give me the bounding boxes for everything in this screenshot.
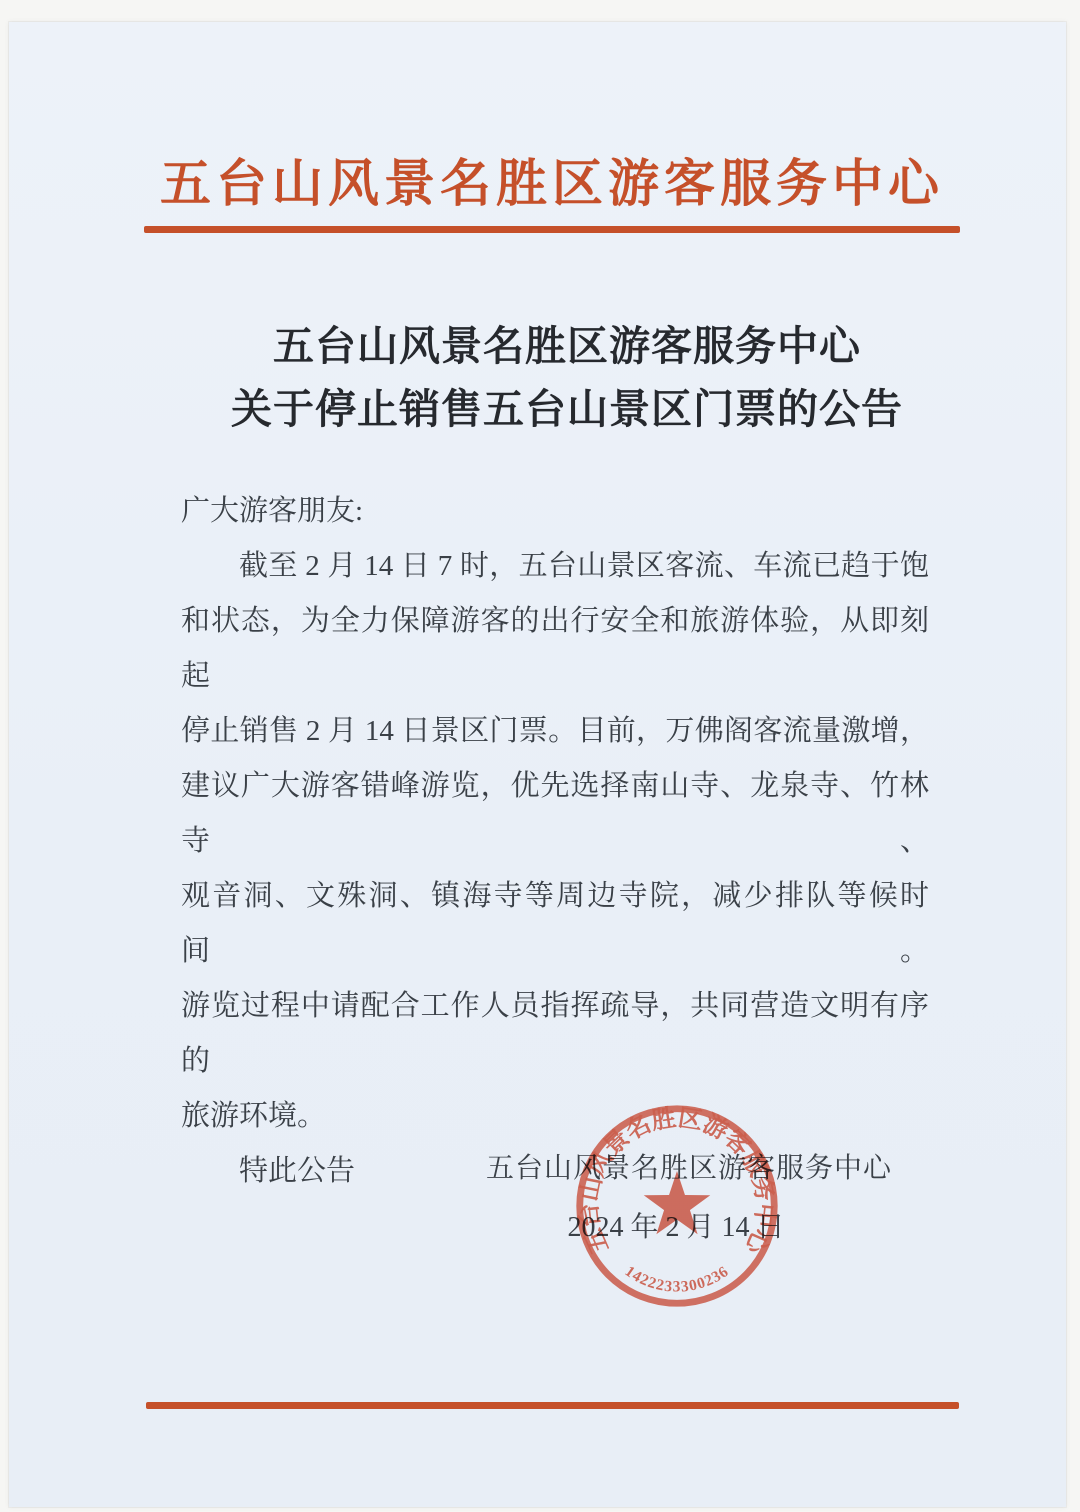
body-line: 建议广大游客错峰游览，优先选择南山寺、龙泉寺、竹林寺、 — [181, 759, 929, 869]
official-seal: 五台山风景名胜区游客服务中心 1422233300236 — [570, 1099, 784, 1313]
body-paragraph: 截至 2 月 14 日 7 时，五台山景区客流、车流已趋于饱和状态，为全力保障游… — [181, 539, 929, 1144]
footer-rule — [146, 1402, 959, 1409]
salutation: 广大游客朋友: — [181, 484, 929, 539]
document-title-line-1: 五台山风景名胜区游客服务中心 — [45, 315, 1080, 378]
letterhead-rule — [144, 226, 960, 233]
scanned-document-background: { "page": { "letterhead": "五台山风景名胜区游客服务中… — [0, 0, 1080, 1512]
document-title: 五台山风景名胜区游客服务中心 关于停止销售五台山景区门票的公告 — [45, 315, 1080, 441]
letterhead-org-title: 五台山风景名胜区游客服务中心 — [144, 156, 960, 214]
body-line: 和状态，为全力保障游客的出行安全和旅游体验，从即刻起 — [181, 594, 929, 704]
body-line: 旅游环境。 — [181, 1089, 929, 1144]
document-title-line-2: 关于停止销售五台山景区门票的公告 — [45, 378, 1080, 441]
body-line: 游览过程中请配合工作人员指挥疏导，共同营造文明有序的 — [181, 979, 929, 1089]
document-page: 五台山风景名胜区游客服务中心 五台山风景名胜区游客服务中心 关于停止销售五台山景… — [9, 22, 1066, 1507]
body-line: 停止销售 2 月 14 日景区门票。目前，万佛阁客流量激增， — [181, 704, 929, 759]
body-line: 观音洞、文殊洞、镇海寺等周边寺院，减少排队等候时间。 — [181, 869, 929, 979]
seal-star-icon — [644, 1171, 711, 1234]
body-line: 截至 2 月 14 日 7 时，五台山景区客流、车流已趋于饱 — [181, 539, 929, 594]
document-body: 广大游客朋友: 截至 2 月 14 日 7 时，五台山景区客流、车流已趋于饱和状… — [181, 484, 929, 1199]
seal-code-text: 1422233300236 — [622, 1263, 733, 1296]
